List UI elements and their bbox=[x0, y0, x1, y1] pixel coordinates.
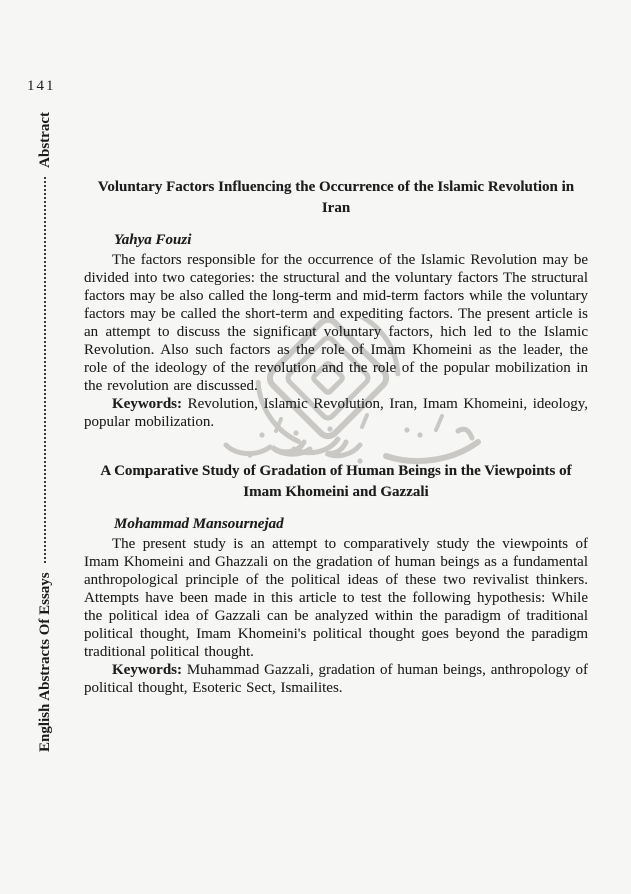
abstract-body: The present study is an attempt to compa… bbox=[84, 535, 588, 661]
sidebar-rotated-strip: English Abstracts Of Essays Abstract bbox=[34, 112, 56, 752]
sidebar-dotted-leader bbox=[44, 177, 46, 564]
page-number: 141 bbox=[27, 78, 56, 95]
abstract-body: The factors responsible for the occurren… bbox=[84, 251, 588, 395]
keywords-line: Keywords: Revolution, Islamic Revolution… bbox=[84, 395, 588, 431]
author-name: Yahya Fouzi bbox=[84, 231, 588, 249]
scanned-abstract-page: 141 English Abstracts Of Essays Abstract bbox=[0, 0, 631, 894]
abstract-title: Voluntary Factors Influencing the Occurr… bbox=[84, 177, 588, 219]
author-name: Mohammad Mansournejad bbox=[84, 515, 588, 533]
keywords-label: Keywords: bbox=[112, 662, 182, 678]
keywords-line: Keywords: Muhammad Gazzali, gradation of… bbox=[84, 661, 588, 697]
abstract-title: A Comparative Study of Gradation of Huma… bbox=[84, 461, 588, 503]
abstract-article: Voluntary Factors Influencing the Occurr… bbox=[84, 177, 588, 431]
sidebar-section-label: English Abstracts Of Essays bbox=[37, 572, 54, 752]
sidebar-running-head: Abstract bbox=[37, 112, 54, 168]
abstract-article: A Comparative Study of Gradation of Huma… bbox=[84, 461, 588, 697]
keywords-label: Keywords: bbox=[112, 396, 182, 412]
